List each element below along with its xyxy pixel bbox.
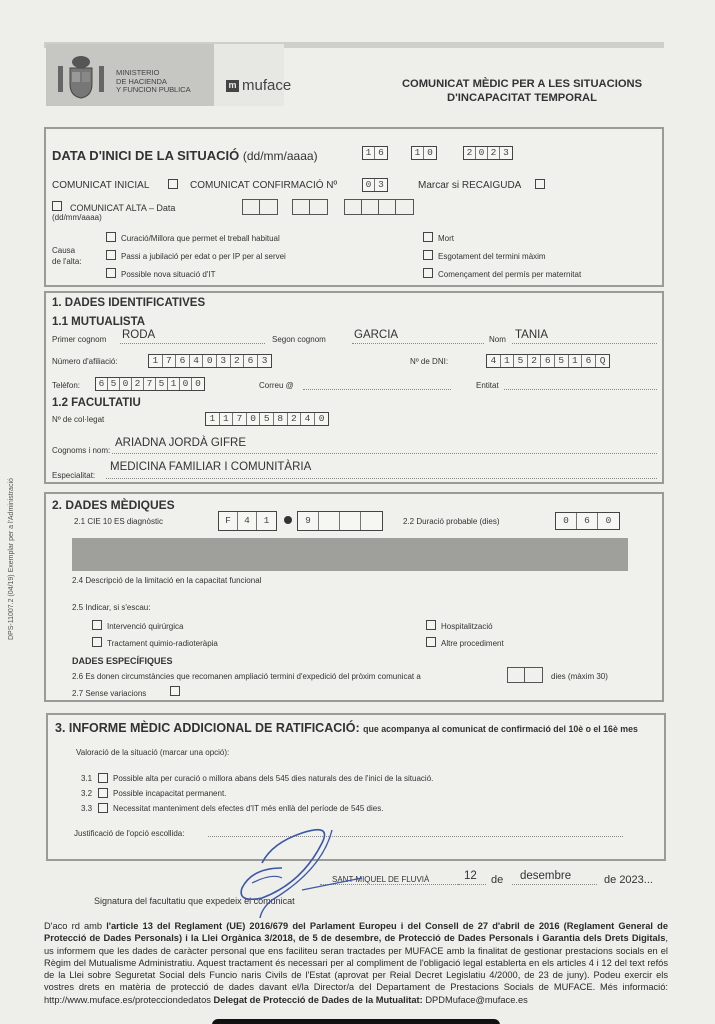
mutualist-title: 1.1 MUTUALISTA (52, 316, 145, 328)
signature-day: 12 (464, 870, 477, 882)
option-checkbox[interactable] (92, 637, 102, 647)
limitation-label: 2.4 Descripció de la limitació en la cap… (72, 576, 261, 585)
privacy-link[interactable]: http://www.muface.es/protecciondedatos (44, 995, 211, 1005)
assessment-label: Valoració de la situació (marcar una opc… (76, 748, 229, 757)
start-month[interactable]: 10 (411, 146, 437, 160)
duration-label: 2.2 Duració probable (dies) (403, 517, 500, 526)
muface-logo: m muface (226, 77, 291, 94)
extension-label: 2.6 Es donen circumstàncies que recomane… (72, 672, 421, 681)
ratification-option: Possible alta per curació o millora aban… (113, 774, 433, 783)
surname2-label: Segon cognom (272, 335, 326, 344)
option-label: Hospitalització (441, 622, 493, 631)
phone-label: Telèfon: (52, 381, 80, 390)
no-change-label: 2.7 Sense variacions (72, 689, 146, 698)
signature-year: de 2023... (604, 874, 653, 886)
discharge-checkbox[interactable] (52, 201, 62, 211)
justification-label: Justificació de l'opció escollida: (74, 829, 184, 838)
initial-label: COMUNICAT INICIAL (52, 180, 149, 191)
extension-suffix: dies (màxim 30) (551, 672, 608, 681)
dpo-email[interactable]: DPDMuface@muface.es (425, 995, 527, 1005)
option-label: Altre procediment (441, 639, 504, 648)
ratification-checkbox[interactable] (98, 788, 108, 798)
form-code: DPS-11007.2 (04/19) Exemplar per a l'Adm… (8, 478, 15, 640)
cause-label-item: Esgotament del termini màxim (438, 252, 546, 261)
option-label: Intervenció quirúrgica (107, 622, 183, 631)
cause-label-item: Passi a jubilació per edat o per IP per … (121, 252, 286, 261)
email-label: Correu @ (259, 381, 294, 390)
cause-checkbox[interactable] (423, 250, 433, 260)
option-checkbox[interactable] (92, 620, 102, 630)
relapse-label: Marcar si RECAIGUDA (418, 180, 521, 191)
cause-label: Causade l'alta: (52, 245, 82, 267)
cause-checkbox[interactable] (106, 268, 116, 278)
specialty-value[interactable]: MEDICINA FAMILIAR I COMUNITÀRIA (110, 461, 311, 473)
doctor-title: 1.2 FACULTATIU (52, 397, 141, 409)
redacted-field (72, 538, 628, 571)
phone-number[interactable]: 650275100 (95, 377, 205, 391)
surname2-value[interactable]: GARCIA (354, 329, 398, 341)
specialty-label: Especialitat: (52, 471, 95, 480)
start-date-label: DATA D'INICI DE LA SITUACIÓ (dd/mm/aaaa) (52, 148, 318, 163)
relapse-checkbox[interactable] (535, 179, 545, 189)
surname1-label: Primer cognom (52, 335, 106, 344)
cause-checkbox[interactable] (423, 268, 433, 278)
muface-mark-icon: m (226, 80, 239, 92)
section3-title: 3. INFORME MÈDIC ADDICIONAL DE RATIFICAC… (55, 721, 638, 735)
dni-number[interactable]: 41526516Q (486, 354, 610, 368)
cause-label-item: Començament del permís per maternitat (438, 270, 581, 279)
option-number: 3.3 (81, 804, 92, 813)
ministry-name: MINISTERIO DE HACIENDA Y FUNCION PUBLICA (116, 69, 191, 95)
entity-label: Entitat (476, 381, 499, 390)
initial-checkbox[interactable] (168, 179, 178, 189)
cause-label-item: Mort (438, 234, 454, 243)
cie-label: 2.1 CIE 10 ES diagnòstic (74, 517, 163, 526)
name-value[interactable]: TANIA (515, 329, 548, 341)
option-checkbox[interactable] (426, 637, 436, 647)
option-number: 3.2 (81, 789, 92, 798)
option-label: Tractament quimio-radioteràpia (107, 639, 218, 648)
specific-title: DADES ESPECÍFIQUES (72, 656, 173, 666)
section1-title: 1. DADES IDENTIFICATIVES (52, 297, 205, 309)
signature-scribble (232, 828, 372, 918)
confirm-number[interactable]: 03 (362, 178, 388, 192)
overlay-bar (212, 1019, 500, 1024)
no-change-checkbox[interactable] (170, 686, 180, 696)
cause-label-item: Curació/Millora que permet el treball ha… (121, 234, 280, 243)
ratification-option: Necessitat manteniment dels efectes d'IT… (113, 804, 383, 813)
data-protection-notice: D'aco rd amb l'article 13 del Reglament … (44, 920, 668, 1006)
option-checkbox[interactable] (426, 620, 436, 630)
dni-label: Nº de DNI: (410, 357, 448, 366)
discharge-label: COMUNICAT ALTA – Data (70, 203, 175, 213)
entity-field[interactable] (504, 389, 657, 390)
discharge-format: (dd/mm/aaaa) (52, 213, 102, 222)
document-title: COMUNICAT MÈDIC PER A LES SITUACIONS D'I… (380, 78, 664, 105)
cie-code-part1[interactable]: F41 (218, 511, 277, 531)
cie-code-part2[interactable]: 9 (297, 511, 383, 531)
cause-label-item: Possible nova situació d'IT (121, 270, 215, 279)
indicate-label: 2.5 Indicar, si s'escau: (72, 603, 150, 612)
option-number: 3.1 (81, 774, 92, 783)
start-day[interactable]: 16 (362, 146, 388, 160)
duration-days[interactable]: 060 (555, 512, 620, 530)
doctor-name-value[interactable]: ARIADNA JORDÀ GIFRE (115, 437, 246, 449)
affiliation-label: Número d'afiliació: (52, 357, 118, 366)
ratification-option: Possible incapacitat permanent. (113, 789, 226, 798)
extension-days[interactable] (507, 667, 543, 683)
doctor-name-label: Cognoms i nom: (52, 446, 110, 455)
cause-checkbox[interactable] (106, 250, 116, 260)
cause-checkbox[interactable] (106, 232, 116, 242)
college-number[interactable]: 117058240 (205, 412, 329, 426)
discharge-year[interactable] (344, 199, 414, 215)
name-label: Nom (489, 335, 506, 344)
coat-of-arms-icon (56, 54, 106, 100)
start-year[interactable]: 2023 (463, 146, 513, 160)
discharge-day[interactable] (242, 199, 278, 215)
cause-checkbox[interactable] (423, 232, 433, 242)
muface-logo-area (214, 44, 284, 106)
college-label: Nº de col·legat (52, 415, 104, 424)
cie-dot (284, 516, 292, 524)
ratification-checkbox[interactable] (98, 803, 108, 813)
surname1-value[interactable]: RODA (122, 329, 155, 341)
section2-title: 2. DADES MÈDIQUES (52, 498, 175, 512)
ratification-checkbox[interactable] (98, 773, 108, 783)
email-field[interactable] (303, 389, 451, 390)
confirm-label: COMUNICAT CONFIRMACIÓ Nº (190, 180, 337, 191)
affiliation-number[interactable]: 176403263 (148, 354, 272, 368)
discharge-month[interactable] (292, 199, 328, 215)
signature-month: desembre (520, 870, 571, 882)
